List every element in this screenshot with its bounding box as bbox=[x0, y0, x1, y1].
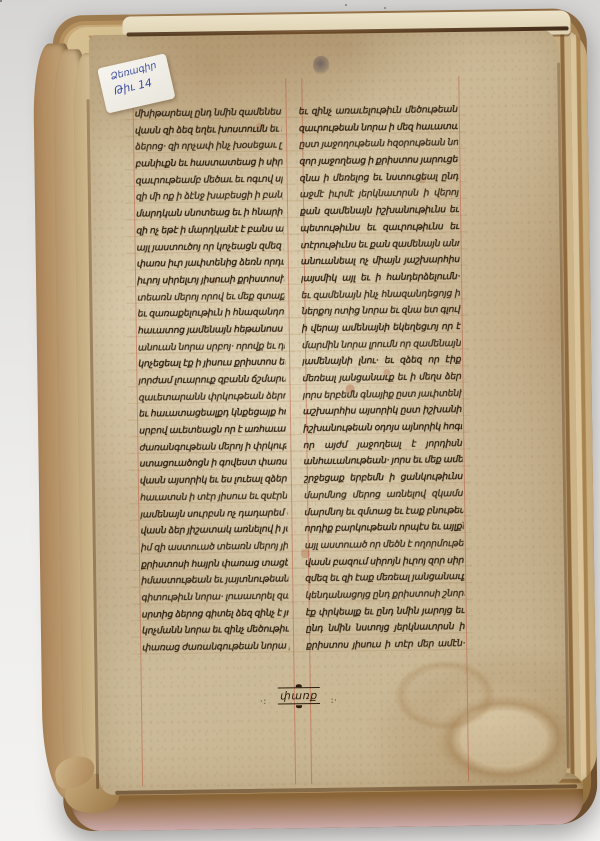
manuscript-text-line: իմ զի աստուած տեառն մերոյ յիսուսի bbox=[141, 538, 288, 557]
manuscript-text-line: անուան նորա սրբոյ· որովք եւ դուք bbox=[138, 338, 285, 357]
manuscript-text-line: զի մի ոք ի ձէնջ խաբեսցի ի բանից bbox=[136, 188, 283, 207]
manuscript-text-line: զաւետարանն փրկութեան ձերոյ յորում bbox=[139, 388, 286, 407]
manuscript-text-line: վասն ձեր յիշատակ առնելով ի յաղօթս bbox=[140, 522, 287, 541]
foxing-spots bbox=[89, 35, 92, 38]
catchword-left-ornament: ·: bbox=[260, 697, 267, 706]
manuscript-text-line: քան զամենայն իշխանութիւնս եւ bbox=[300, 202, 459, 221]
manuscript-text-line: կենդանացոյց ընդ քրիստոսի շնորհօք bbox=[305, 586, 464, 605]
manuscript-text-line: բանիւքն եւ հաստատեաց ի սիրտս մեր bbox=[135, 154, 282, 173]
manuscript-text-line: փառաց ժառանգութեան նորա ի սուրբսն bbox=[142, 638, 289, 657]
manuscript-text-line: եւ զինչ առաւելութիւն մեծութեան bbox=[299, 102, 458, 121]
manuscript-text-line: փառս իւր յաւիտենից ձեռն որդւոյն bbox=[137, 255, 284, 274]
manuscript-text-line: մարմին նորա լրումն որ զամենայն bbox=[302, 336, 461, 355]
manuscript-text-line: իւրոյ սիրելւոյ յիսուսի քրիստոսի bbox=[137, 271, 284, 290]
manuscript-text-line: հաւատսն ի տէր յիսուս եւ զսէրն որ bbox=[140, 488, 287, 507]
manuscript-text-line: կոչեցեալ էք ի յիսուս քրիստոս եւ bbox=[138, 355, 285, 374]
catchword-cartouche: ·: փառք :· bbox=[275, 687, 323, 705]
manuscript-text-line: սրբով աւետեացն որ է առհաւատչեայ bbox=[139, 421, 286, 440]
text-column-right: եւ զինչ առաւելութիւն մեծութեանզաւրութեան… bbox=[299, 102, 466, 655]
manuscript-text-line: անուանեալ ոչ միայն յաշխարհիս bbox=[301, 252, 460, 271]
manuscript-text-line: վասն զի ձեզ եղեւ խոստումն եւ որդւոց bbox=[135, 121, 282, 140]
manuscript-text-line: իմաստութեան եւ յայտնութեան ի bbox=[141, 572, 288, 591]
manuscript-text-line: զի ոչ եթէ ի մարդկանէ է բանս այս bbox=[136, 221, 283, 240]
manuscript-text-line: յորս երբեմն գնայիք ըստ յաւիտենի bbox=[303, 386, 462, 405]
manuscript-text-line: ստացուածոցն ի գովեստ փառաց նորա· bbox=[140, 455, 287, 474]
manuscript-text-line: ձերոց· զի որչափ ինչ խօսեցաւ ընդ մեզ bbox=[135, 138, 282, 157]
backdrop-dust-specks bbox=[0, 0, 2, 2]
manuscript-text-line: աջմէ իւրմէ յերկնաւորսն ի վերոյ bbox=[300, 185, 459, 204]
manuscript-text-line: մխիթարեալ ընդ նմին զամենեսեան զի bbox=[135, 104, 282, 123]
manuscript-text-line: հաւատոց յամենայն հեթանոսս վասն bbox=[138, 321, 285, 340]
manuscript-text-line: մարմնոյ եւ զմտաց եւ էաք բնութեամբ bbox=[304, 502, 463, 521]
manuscript-text-line: ըստ յաջողութեան հզօրութեան նորա bbox=[299, 135, 458, 154]
manuscript-text-line: յամենայն սուրբսն ոչ դադարեմ գոհանալ bbox=[140, 505, 287, 524]
photo-backdrop: { "colors": { "backdrop": "#e9e7e4", "pa… bbox=[0, 0, 600, 841]
manuscript-text-line: ժառանգութեան մերոյ ի փրկութիւն bbox=[139, 438, 286, 457]
manuscript-text-line: եւ զառաքելութիւն ի հնազանդութիւն bbox=[137, 305, 284, 324]
manuscript-text-line: որ այժմ յաջողեալ է յորդիսն bbox=[303, 436, 462, 455]
manuscript-text-line: կոչմանն նորա եւ զինչ մեծութիւն bbox=[142, 622, 289, 641]
manuscript-text-line: քրիստոսի հայրն փառաց տացէ ձեզ հոգի bbox=[141, 555, 288, 574]
manuscript-text-line: սրտից ձերոց գիտել ձեզ զինչ է յոյս bbox=[142, 605, 289, 624]
catchword-right-ornament: :· bbox=[331, 696, 338, 705]
manuscript-text-line: զաւրութեամբ մեծաւ եւ ոգւով սրբով bbox=[136, 171, 283, 190]
manuscript-text-line: յորժամ լուարուք զբանն ճշմարտութեան bbox=[138, 371, 285, 390]
manuscript-text-line: այլ յաստուծոյ որ կոչեացն զմեզ ի bbox=[137, 238, 284, 257]
catchword-text: փառք bbox=[275, 688, 323, 704]
manuscript-book: Ձեռագիր Թիւ 14 մխիթարեալ ընդ նմին զամենե… bbox=[30, 2, 597, 832]
text-column-left: մխիթարեալ ընդ նմին զամենեսեան զիվասն զի … bbox=[135, 104, 290, 657]
manuscript-text-line: քրիստոս յիսուս ի տէր մեր ամէն· bbox=[306, 636, 465, 655]
manuscript-text-line: վասն այսորիկ եւ ես լուեալ զձեր bbox=[140, 472, 287, 491]
manuscript-text-line: այլ աստուած որ մեծն է ողորմութեամբ bbox=[305, 536, 464, 555]
manuscript-text-line: ներքոյ ոտից նորա եւ զնա ետ գլուխ bbox=[301, 302, 460, 321]
manuscript-text-line: մարդկան սնոտեաց եւ ի հնարից նոցա bbox=[136, 205, 283, 224]
manuscript-text-line: եւ հաւատացեալքդ կնքեցայք հոգւովն bbox=[139, 405, 286, 424]
manuscript-page: Ձեռագիր Թիւ 14 մխիթարեալ ընդ նմին զամենե… bbox=[89, 29, 570, 795]
manuscript-text-line: տեառն մերոյ որով եւ մեք գտաք զշնորհս bbox=[137, 288, 284, 307]
manuscript-text-line: գիտութիւն նորա· լուսաւորել զաչս bbox=[141, 588, 288, 607]
manuscript-text-line: տէրութիւնս եւ քան զամենայն անուն bbox=[300, 235, 459, 254]
